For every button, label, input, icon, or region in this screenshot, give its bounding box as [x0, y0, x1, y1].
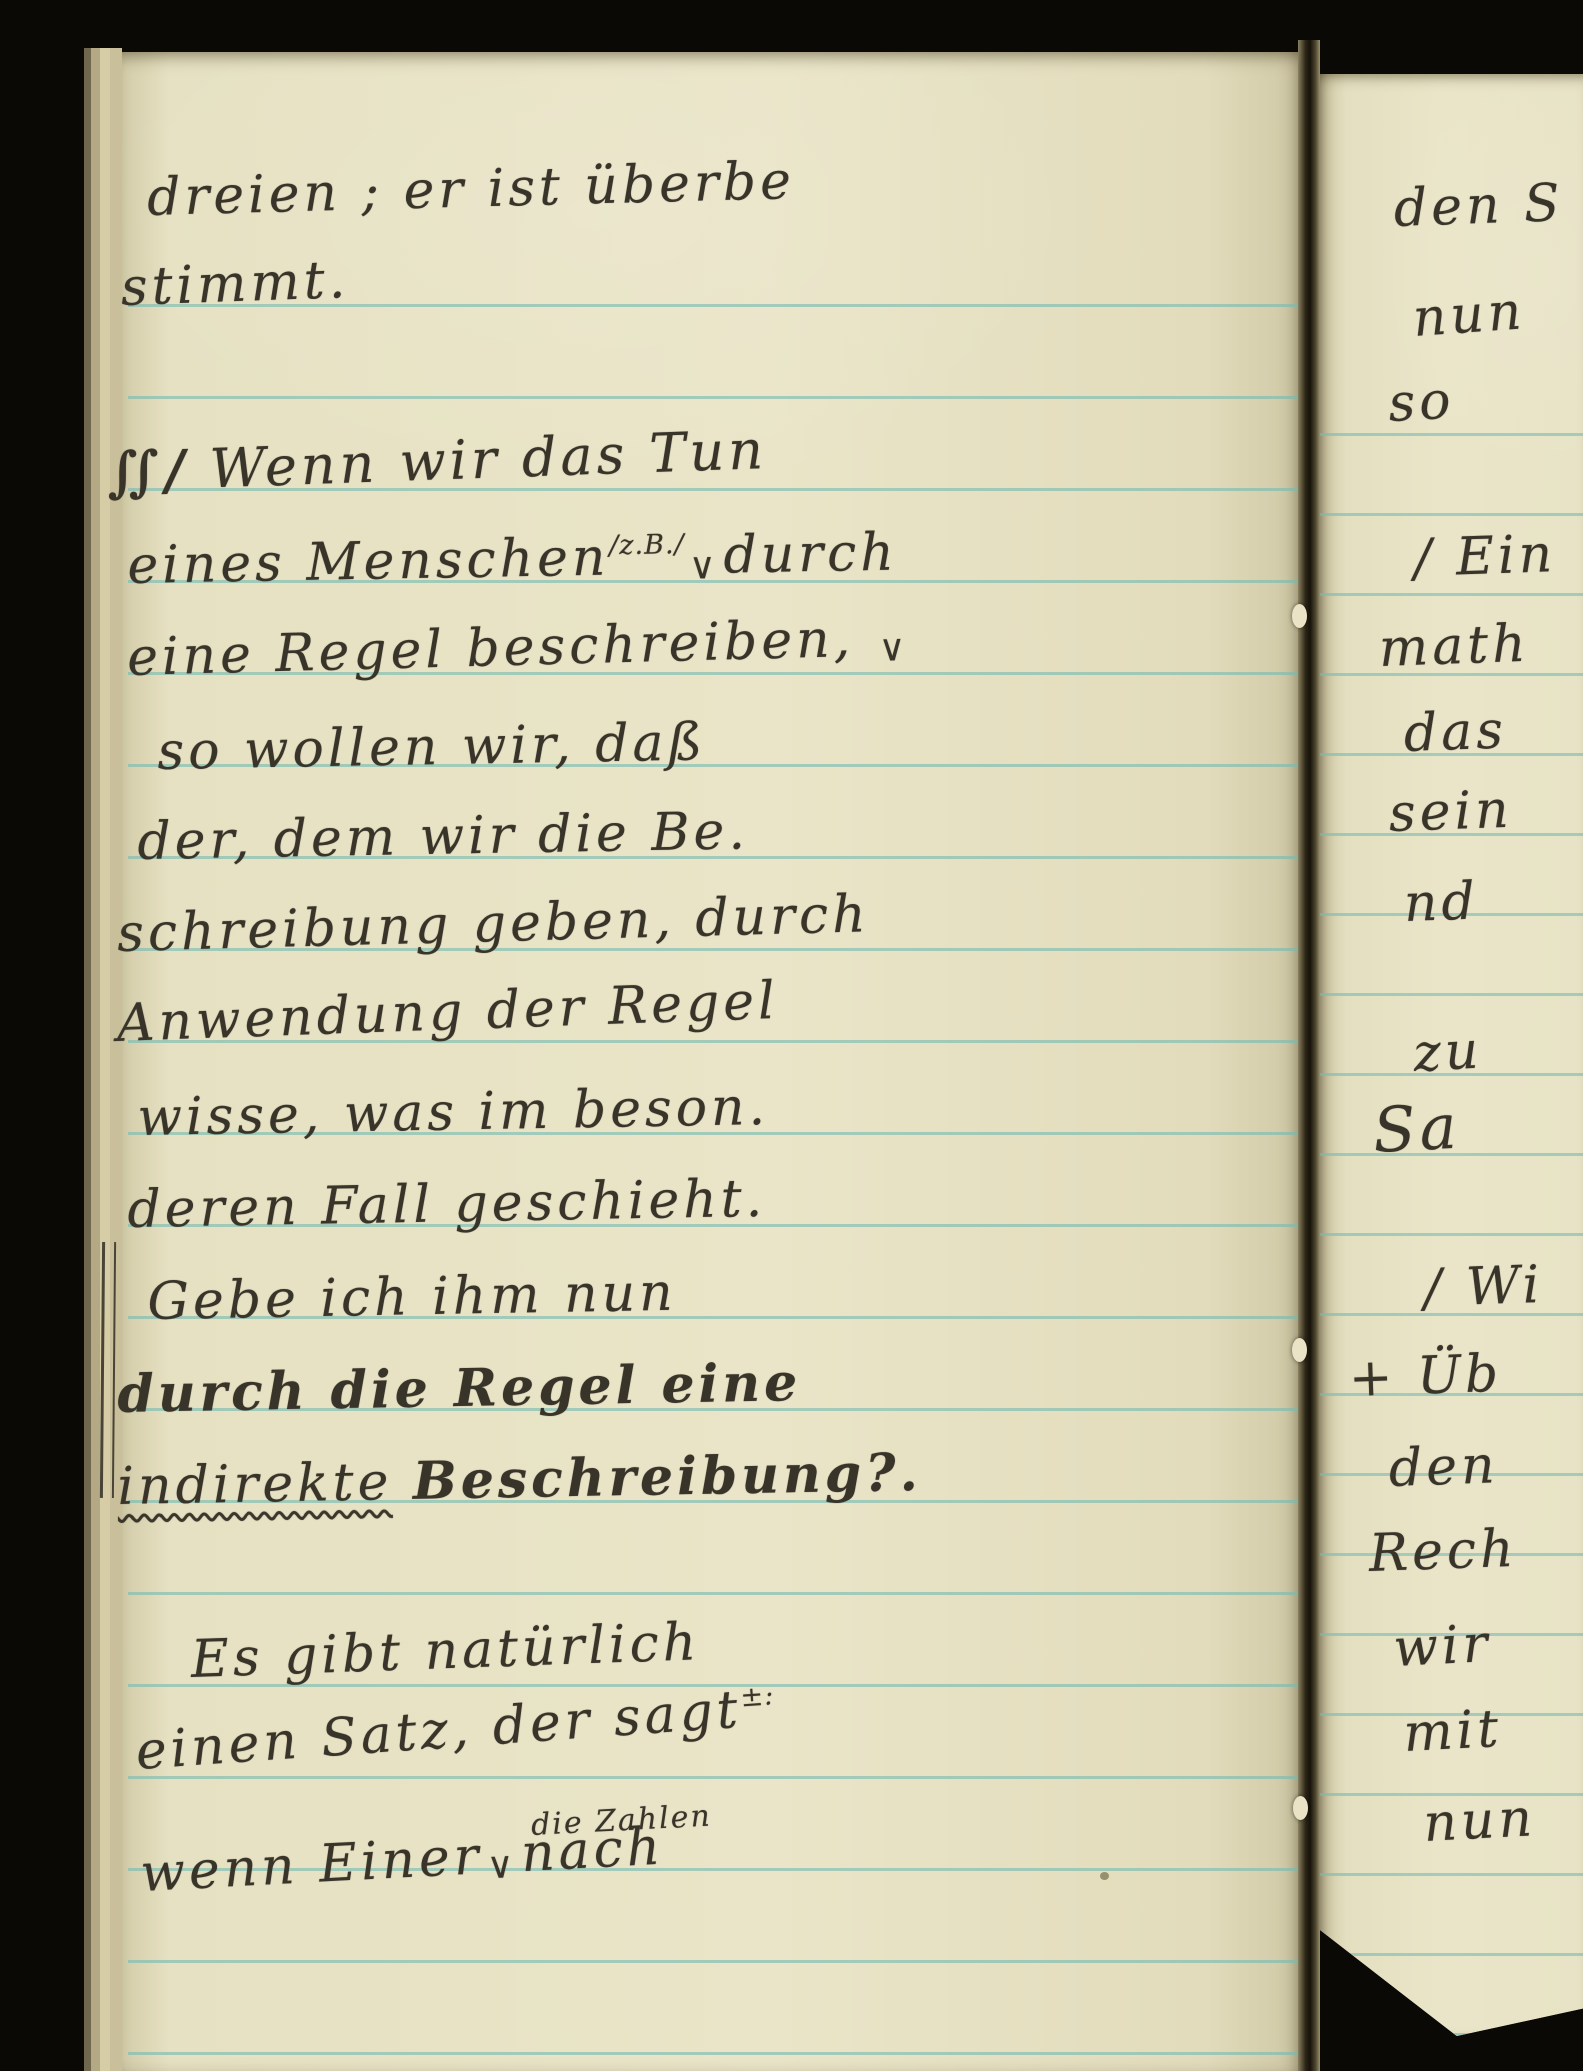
line-text: wir [1392, 1614, 1493, 1679]
handwriting-line: deren Fall geschieht. [127, 1169, 767, 1240]
line-text: Sa [1371, 1090, 1462, 1167]
line-text: den [1388, 1435, 1500, 1499]
handwriting-fragment: den S [1393, 173, 1565, 239]
handwriting-line: so wollen wir, daß [157, 712, 707, 782]
handwriting-fragment: nd [1403, 871, 1480, 934]
line-text: durch [723, 523, 898, 586]
line-text: nd [1403, 871, 1480, 934]
ruled-lines [1320, 356, 1583, 2036]
handwriting-fragment: mit [1402, 1699, 1504, 1764]
line-text: eines Menschen [127, 528, 610, 596]
line-text: / Ein [1413, 524, 1557, 589]
line-text: zu [1412, 1020, 1484, 1084]
handwriting-fragment: + Üb [1348, 1344, 1503, 1409]
line-text: / Wi [1423, 1255, 1544, 1319]
line-text: mit [1402, 1699, 1504, 1764]
line-text: nach [519, 1817, 665, 1884]
handwriting-fragment: nun [1411, 281, 1527, 349]
handwriting-fragment: zu [1412, 1020, 1484, 1084]
line-text: sein [1388, 780, 1514, 844]
line-text: den S [1393, 173, 1565, 239]
margin-emphasis-mark [100, 1242, 116, 1498]
page-stack-edge [84, 48, 91, 2071]
line-text: so [1387, 371, 1456, 434]
handwriting-fragment: math [1378, 614, 1531, 679]
line-text: nun [1411, 281, 1527, 349]
line-text: deren Fall geschieht. [127, 1169, 767, 1240]
line-text: Rech [1368, 1519, 1519, 1584]
handwriting-fragment: den [1388, 1435, 1500, 1499]
handwriting-line: durch die Regel eine [117, 1352, 802, 1425]
insertion-caret: ∨ [878, 626, 910, 670]
insertion-caret: ∨ [486, 1843, 519, 1888]
line-text: so wollen wir, daß [157, 712, 707, 782]
binding-thread [1292, 1338, 1307, 1362]
handwriting-line: der, dem wir die Be. [137, 801, 749, 872]
handwriting-line: wisse, was im beson. [137, 1077, 770, 1148]
insertion-caret: ∨ [689, 544, 720, 588]
page-stack-edge [110, 48, 122, 2071]
binding-thread [1293, 1796, 1308, 1820]
ink-spot [1100, 1872, 1109, 1880]
line-text: der, dem wir die Be. [137, 801, 749, 872]
line-text: nun [1422, 1788, 1537, 1854]
line-text: math [1378, 614, 1531, 679]
line-text: + Üb [1348, 1344, 1503, 1409]
line-text: das [1403, 700, 1508, 764]
handwriting-fragment: Sa [1371, 1090, 1462, 1167]
binding-gutter [1298, 40, 1320, 2071]
handwriting-line: stimmt. [120, 250, 350, 318]
page-stack-edge [100, 48, 110, 2071]
handwriting-line: Gebe ich ihm nun [147, 1263, 677, 1332]
line-text: wisse, was im beson. [137, 1077, 770, 1148]
interlinear-insertion: /z.B./ [609, 529, 685, 561]
right-page: den S nun so / Ein math das sein nd zu S… [1320, 74, 1583, 2036]
line-text: Beschreibung?. [412, 1442, 922, 1512]
line-text: durch die Regel eine [117, 1352, 802, 1425]
handwriting-fragment: wir [1392, 1614, 1493, 1679]
handwriting-fragment: sein [1388, 780, 1514, 844]
handwriting-fragment: / Wi [1423, 1255, 1544, 1319]
line-text: Gebe ich ihm nun [147, 1263, 677, 1332]
handwriting-fragment: nun [1422, 1788, 1537, 1854]
underlined-word: indirekte [117, 1452, 393, 1517]
page-stack-edge [91, 48, 100, 2071]
section-mark: ∬/ [106, 437, 190, 504]
handwriting-fragment: / Ein [1413, 524, 1557, 589]
handwriting-fragment: so [1387, 371, 1456, 434]
binding-thread [1292, 604, 1307, 628]
handwriting-fragment: Rech [1368, 1519, 1519, 1584]
handwriting-fragment: das [1403, 700, 1508, 764]
notebook-scan: dreien ; er ist überbe stimmt. ∬/ Wenn w… [0, 0, 1583, 2071]
line-text: stimmt. [120, 250, 350, 318]
reference-mark: ±: [740, 1680, 776, 1713]
